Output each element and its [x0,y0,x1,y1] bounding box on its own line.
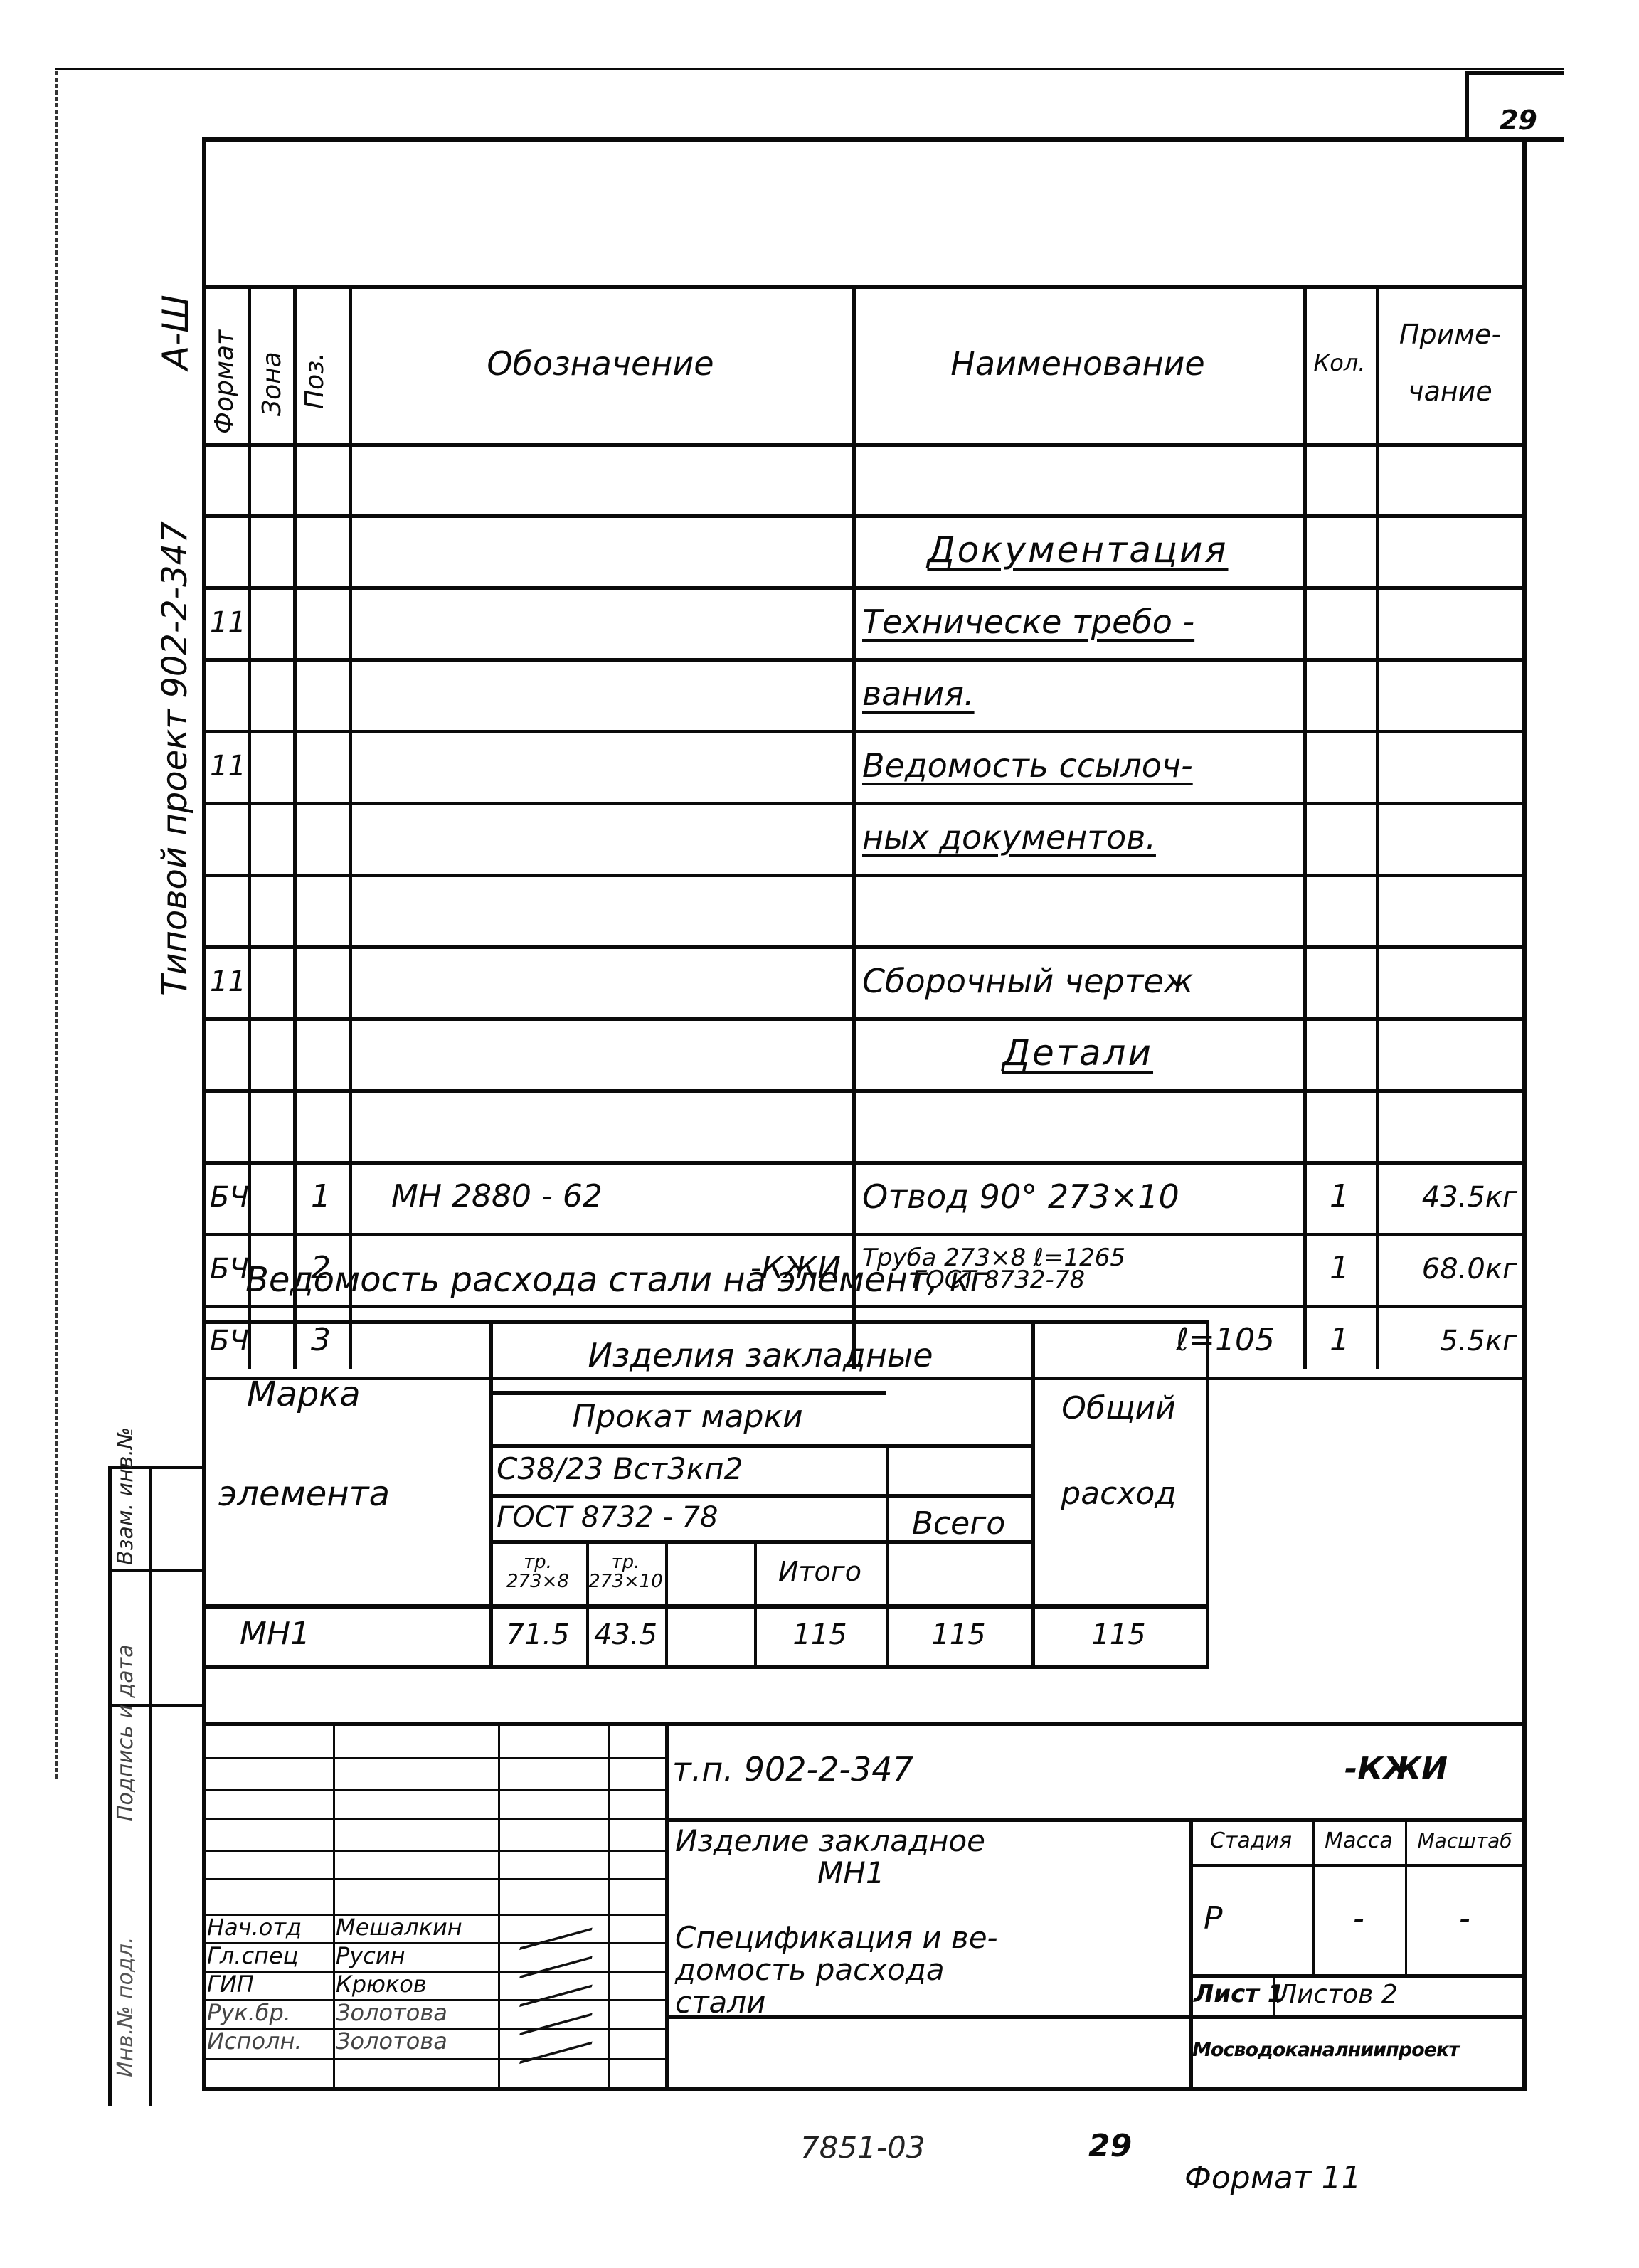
cell-format [210,658,248,730]
cell-zone [248,1017,293,1089]
cell-note: 68.0кг [1376,1233,1517,1305]
cell-format [210,1089,248,1161]
col-general: Общий [1031,1373,1206,1444]
header-quantity: Кол. [1303,285,1376,443]
cell-format [210,443,248,514]
cell-name-text: Ведомость ссылоч- [862,748,1193,783]
cell-note [1376,1017,1517,1089]
page-number: 29 [1500,107,1537,134]
cell-position [293,730,349,802]
cell-zone [248,443,293,514]
cell-designation [391,730,852,802]
cell-quantity: 1 [1303,1233,1376,1305]
cell-note: 43.5кг [1376,1161,1517,1233]
cell-note [1376,514,1517,586]
cell-position [293,658,349,730]
side-stamp-col [108,1466,112,2106]
signature-name: Золотова [336,2028,498,2056]
signature-role: Нач.отд [207,1914,333,1942]
cell-format: 11 [210,730,248,802]
stage-value: Р [1204,1864,1327,1974]
sign-rule [204,1722,665,1724]
mark-label: Марка [247,1366,460,1423]
cell-format: 11 [210,586,248,658]
cut-line [55,71,58,1779]
signature-name: Крюков [336,1971,498,1999]
header-designation: Обозначение [349,285,852,443]
cell-name-text: вания. [862,677,975,711]
cell-designation [391,586,852,658]
cell-designation [391,1089,852,1161]
steel-title: Ведомость расхода стали на элемент, кг [245,1263,988,1297]
cell-designation [391,802,852,874]
cell-quantity [1303,945,1376,1017]
side-stamp-original-inv: Инв.№ подл. [115,1937,137,2077]
cell-zone [248,874,293,945]
cell-name: Ведомость ссылоч- [862,730,1303,802]
header-zone: Зона [260,351,285,416]
cell-quantity [1303,1017,1376,1089]
signature-name: Мешалкин [336,1914,498,1942]
row-value [665,1604,754,1665]
sign-col [608,1722,610,2088]
cell-quantity [1303,514,1376,586]
cell-name [862,1089,1303,1161]
cell-position [293,874,349,945]
cell-note: 5.5кг [1376,1305,1517,1377]
frame-top-thin [55,68,1564,70]
organization: Мосводоканалниипроект [1192,2015,1522,2086]
cell-note [1376,802,1517,874]
cell-quantity [1303,658,1376,730]
row-subtotal: 115 [754,1604,886,1665]
row-value: 43.5 [586,1604,665,1665]
cell-format [210,874,248,945]
cell-format [210,514,248,586]
sheets-label: Листов 2 [1278,1974,1524,2015]
frame-top [203,137,1564,142]
steel-bottom [204,1665,1209,1669]
col-pipe-273x10: тр.273×10 [586,1540,665,1604]
steel-col [1206,1320,1209,1665]
section-title: Документация [928,531,1229,569]
cell-zone [248,658,293,730]
cell-zone [248,586,293,658]
cell-zone [248,514,293,586]
cell-designation [391,945,852,1017]
side-stamp-replace-inv: Взам. инв.№ [115,1427,137,1565]
header-name: Наименование [852,285,1303,443]
mass-value: - [1312,1864,1405,1974]
cell-name-text: Техническе требо - [862,605,1194,639]
cell-name: вания. [862,658,1303,730]
cell-name: ных документов. [862,802,1303,874]
side-stamp-project: Типовой проект 902-2-347 [158,521,192,996]
row-total: 115 [886,1604,1031,1665]
cell-position [293,802,349,874]
cell-zone [248,730,293,802]
spec-column-rule [349,285,352,1369]
cell-designation [391,1017,852,1089]
col-subtotal: Итого [754,1540,886,1604]
frame-left [202,137,206,2089]
cell-quantity [1303,874,1376,945]
item-name: Изделие закладноеМН1Спецификация и ве-до… [675,1825,1185,2017]
cell-format: БЧ [210,1305,248,1377]
side-stamp-signature-date: Подпись и дата [115,1645,137,1822]
page-box-left [1465,71,1469,139]
cell-name [862,443,1303,514]
cell-quantity: 1 [1303,1305,1376,1377]
cell-name-text: Сборочный чертеж [862,964,1193,998]
col-total: Всего [886,1444,1031,1604]
cell-designation [391,514,852,586]
cell-format: БЧ [210,1161,248,1233]
cell-name: Сборочный чертеж [862,945,1303,1017]
cell-note [1376,586,1517,658]
row-mark: МН1 [240,1604,489,1665]
mass-label: Масса [1312,1818,1405,1864]
title-col [665,1722,669,2089]
sign-rule [204,2058,665,2060]
row-general: 115 [1031,1604,1206,1665]
col-pipe-273x8: тр.273×8 [489,1540,586,1604]
sign-rule [204,1789,665,1791]
cell-note [1376,874,1517,945]
cell-quantity: 1 [1303,1161,1376,1233]
mark-label: элемента [218,1466,503,1522]
cell-format: 11 [210,945,248,1017]
cell-position [293,514,349,586]
section-title: Детали [1002,1034,1153,1072]
steel-grade: С38/23 Вст3кп2 [497,1444,893,1494]
cell-name: Отвод 90° 273×10 [862,1161,1303,1233]
sign-col [498,1722,500,2088]
header-note: Приме-чание [1376,285,1524,443]
sign-rule [204,2088,665,2090]
cell-quantity [1303,586,1376,658]
cell-format: БЧ [210,1233,248,1305]
cell-note [1376,1089,1517,1161]
cell-position [293,1089,349,1161]
sign-rule [204,1850,665,1852]
signature-name: Русин [336,1942,498,1971]
sign-rule [204,1818,665,1820]
cell-format [210,1017,248,1089]
cell-name: Техническе требо - [862,586,1303,658]
signature-name: Золотова [336,1999,498,2028]
section-heading: Детали [852,1017,1303,1089]
cell-zone [248,802,293,874]
cell-designation [391,658,852,730]
cell-designation [391,874,852,945]
cell-name-text: ных документов. [862,820,1156,854]
cell-note [1376,945,1517,1017]
cell-name-text: Отвод 90° 273×10 [862,1180,1179,1214]
cell-zone [248,1161,293,1233]
signature-role: Рук.бр. [207,1999,333,2028]
cell-quantity [1303,730,1376,802]
cell-position [293,443,349,514]
cell-designation: МН 2880 - 62 [391,1161,852,1233]
cell-format [210,802,248,874]
scale-label: Масштаб [1405,1818,1524,1864]
cell-note [1376,730,1517,802]
sign-col [333,1722,335,2088]
col-general: расход [1031,1458,1206,1530]
cell-note [1376,443,1517,514]
cell-quantity [1303,443,1376,514]
rolled-header: Прокат марки [489,1391,886,1444]
scale-value: - [1405,1864,1524,1974]
doc-suffix: -КЖИ [1344,1722,1515,1818]
row-value: 71.5 [489,1604,586,1665]
section-heading: Документация [852,514,1303,586]
cell-designation [391,443,852,514]
page-box-top [1465,71,1564,75]
cell-name [862,874,1303,945]
sign-rule [204,1757,665,1759]
header-format: Формат [212,330,238,434]
cell-position: 1 [293,1161,349,1233]
cell-quantity [1303,1089,1376,1161]
signature-role: Исполн. [207,2028,333,2056]
sheet-label: Лист 1 [1194,1974,1278,2015]
side-stamp-rule [108,1569,202,1572]
side-stamp-col [149,1466,152,2106]
format-label: Формат 11 [1184,2163,1362,2194]
cell-zone [248,1089,293,1161]
sign-rule [204,1878,665,1880]
bottom-code: 7851-03 [800,2133,925,2163]
embedded-items-header: Изделия закладные [489,1320,1031,1391]
doc-code: т.п. 902-2-347 [672,1722,1312,1818]
cell-note [1376,658,1517,730]
signature-role: ГИП [207,1971,333,1999]
signature-role: Гл.спец [207,1942,333,1971]
side-stamp-top: А-Ш [158,295,193,370]
cell-position [293,945,349,1017]
cell-position [293,586,349,658]
gost: ГОСТ 8732 - 78 [497,1494,893,1540]
bottom-page: 29 [1088,2131,1132,2162]
cell-zone [248,945,293,1017]
spec-column-rule [852,285,856,1369]
cell-quantity [1303,802,1376,874]
stage-label: Стадия [1189,1818,1312,1864]
header-position: Поз. [302,352,328,409]
cell-position [293,1017,349,1089]
